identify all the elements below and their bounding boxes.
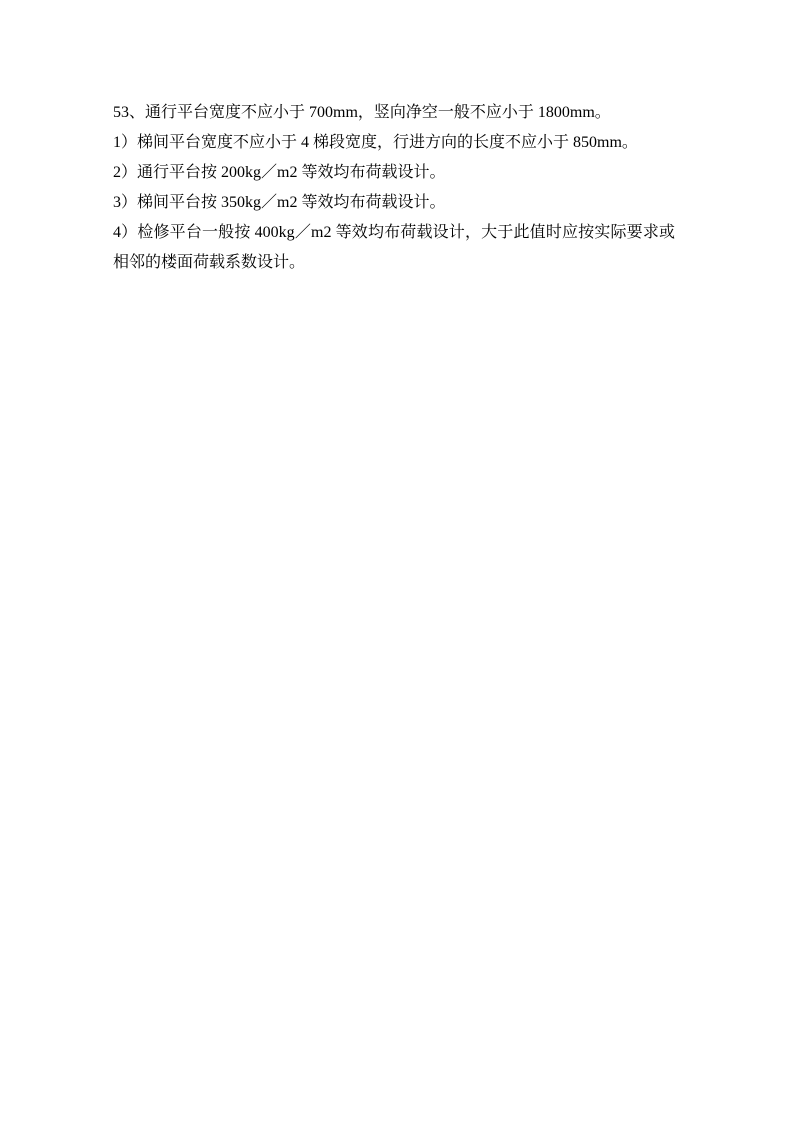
paragraph-list-item-2: 2）通行平台按 200kg／m2 等效均布荷载设计。 — [113, 158, 675, 188]
document-content: 53、通行平台宽度不应小于 700mm，竖向净空一般不应小于 1800mm。 1… — [113, 98, 675, 278]
paragraph-item-53: 53、通行平台宽度不应小于 700mm，竖向净空一般不应小于 1800mm。 — [113, 98, 675, 128]
document-page: 53、通行平台宽度不应小于 700mm，竖向净空一般不应小于 1800mm。 1… — [0, 0, 793, 1122]
paragraph-list-item-4: 4）检修平台一般按 400kg／m2 等效均布荷载设计，大于此值时应按实际要求或… — [113, 218, 675, 278]
paragraph-list-item-1: 1）梯间平台宽度不应小于 4 梯段宽度，行进方向的长度不应小于 850mm。 — [113, 128, 675, 158]
paragraph-list-item-3: 3）梯间平台按 350kg／m2 等效均布荷载设计。 — [113, 188, 675, 218]
